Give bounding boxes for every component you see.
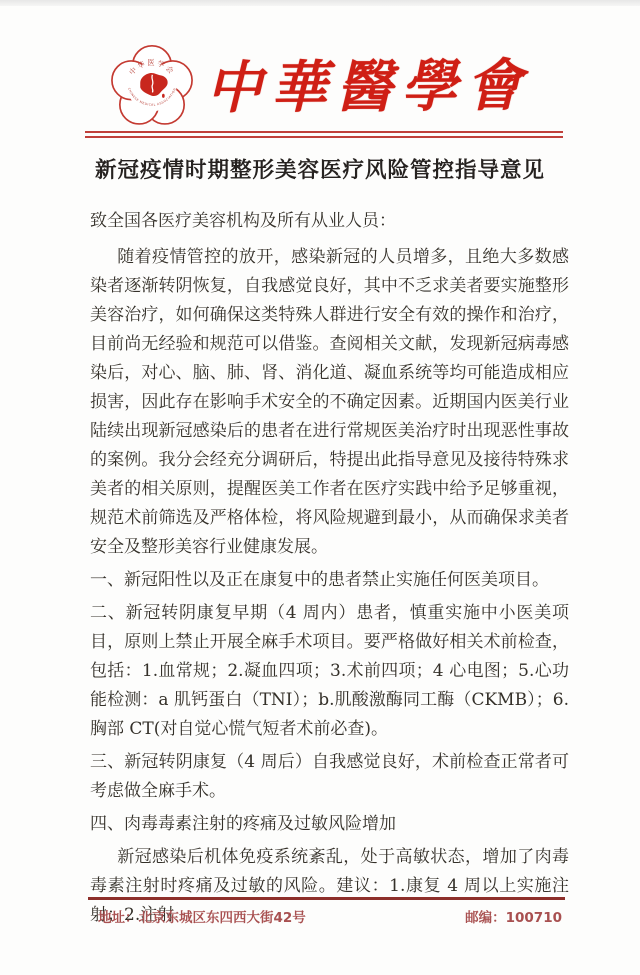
document-page: 中华医学会 CHINESE MEDICAL ASSOCIATION 中華醫學會 … xyxy=(0,0,640,975)
header-double-rule xyxy=(85,131,563,138)
section-4-heading-paragraph: 四、肉毒毒素注射的疼痛及过敏风险增加 xyxy=(90,810,569,839)
section-2-paragraph: 二、新冠转阴康复早期（4 周内）患者，慎重实施中小医美项目，原则上禁止开展全麻手… xyxy=(90,599,569,744)
section-3-paragraph: 三、新冠转阴康复（4 周后）自我感觉良好，术前检查正常者可考虑做全麻手术。 xyxy=(90,748,569,806)
document-title: 新冠疫情时期整形美容医疗风险管控指导意见 xyxy=(0,153,640,184)
footer: 地址：北京东城区东四西大街42号 邮编：100710 xyxy=(98,906,562,926)
page-top-edge-shadow xyxy=(0,0,640,6)
intro-paragraph: 随着疫情管控的放开，感染新冠的人员增多，且绝大多数感染者逐渐转阴恢复，自我感觉良… xyxy=(90,243,569,562)
document-body: 致全国各医疗美容机构及所有从业人员： 随着疫情管控的放开，感染新冠的人员增多，且… xyxy=(90,207,569,934)
footer-rule xyxy=(88,897,565,900)
seal-taiwan-dot xyxy=(161,94,164,98)
footer-postcode: 邮编：100710 xyxy=(465,906,562,926)
salutation-line: 致全国各医疗美容机构及所有从业人员： xyxy=(90,207,569,236)
chinese-medical-association-seal-icon: 中华医学会 CHINESE MEDICAL ASSOCIATION xyxy=(110,44,194,130)
masthead-calligraphy: 中華醫學會 xyxy=(205,58,530,117)
section-1-paragraph: 一、新冠阳性以及正在康复中的患者禁止实施任何医美项目。 xyxy=(90,566,569,595)
footer-address: 地址：北京东城区东四西大街42号 xyxy=(98,906,306,926)
masthead: 中华医学会 CHINESE MEDICAL ASSOCIATION 中華醫學會 xyxy=(0,42,640,132)
